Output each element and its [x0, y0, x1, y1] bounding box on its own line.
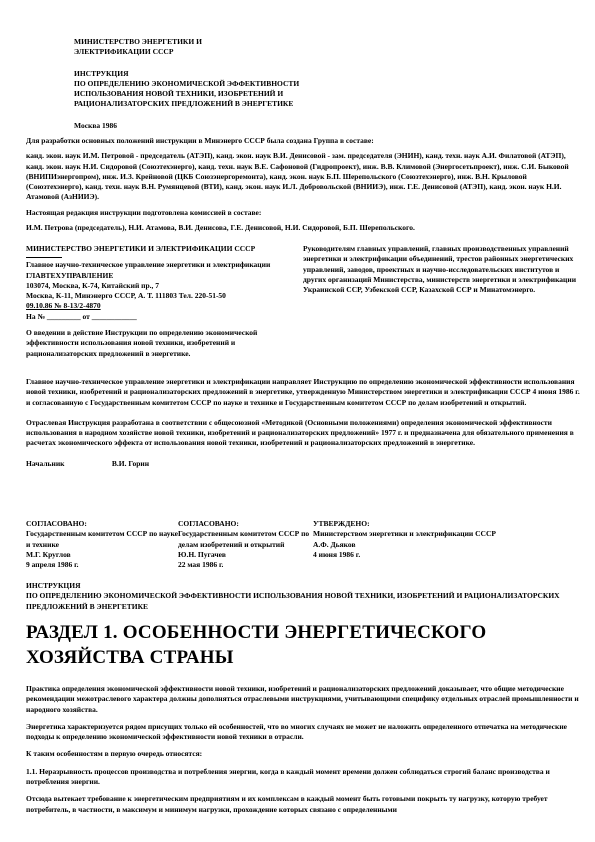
letter-subject: О введении в действие Инструкции по опре…	[26, 328, 286, 359]
commission-intro-paragraph: Настоящая редакция инструкции подготовле…	[26, 208, 583, 218]
doc-title-line-2: ПО ОПРЕДЕЛЕНИЮ ЭКОНОМИЧЕСКОЙ ЭФФЕКТИВНОС…	[74, 79, 434, 89]
approval-name: А.Ф. Дьяков	[313, 540, 557, 550]
doc-title-line-1: ИНСТРУКЦИЯ	[74, 69, 434, 79]
approval-col-goskomizobreteniy: СОГЛАСОВАНО: Государственным комитетом С…	[178, 519, 313, 570]
approval-body: Государственным комитетом СССР по науке …	[26, 529, 178, 550]
department-name: Главное научно-техническое управление эн…	[26, 260, 298, 270]
approval-col-gknt: СОГЛАСОВАНО: Государственным комитетом С…	[26, 519, 178, 570]
section-paragraph-1: Практика определения экономической эффек…	[26, 684, 583, 715]
reply-ref-line: На № _________ от ____________	[26, 312, 298, 322]
ministry-line-1: МИНИСТЕРСТВО ЭНЕРГЕТИКИ И	[74, 37, 434, 47]
letterhead-left: МИНИСТЕРСТВО ЭНЕРГЕТИКИ И ЭЛЕКТРИФИКАЦИИ…	[26, 244, 298, 359]
approval-name: М.Г. Круглов	[26, 550, 178, 560]
approvals-row: СОГЛАСОВАНО: Государственным комитетом С…	[26, 519, 583, 570]
instruction-heading: ИНСТРУКЦИЯ ПО ОПРЕДЕЛЕНИЮ ЭКОНОМИЧЕСКОЙ …	[26, 581, 583, 612]
approval-status: УТВЕРЖДЕНО:	[313, 519, 557, 529]
instruction-title: ПО ОПРЕДЕЛЕНИЮ ЭКОНОМИЧЕСКОЙ ЭФФЕКТИВНОС…	[26, 591, 583, 612]
commission-members-paragraph: И.М. Петрова (председатель), Н.И. Атамов…	[26, 223, 583, 233]
approval-status: СОГЛАСОВАНО:	[178, 519, 313, 529]
document-page: МИНИСТЕРСТВО ЭНЕРГЕТИКИ И ЭЛЕКТРИФИКАЦИИ…	[0, 0, 595, 842]
section-paragraph-5: Отсюда вытекает требование к энергетичес…	[26, 794, 583, 815]
approval-body: Министерством энергетики и электрификаци…	[313, 529, 557, 539]
approval-body: Государственным комитетом СССР по делам …	[178, 529, 313, 550]
approval-col-minenergo: УТВЕРЖДЕНО: Министерством энергетики и э…	[313, 519, 557, 570]
approval-status: СОГЛАСОВАНО:	[26, 519, 178, 529]
letterhead: МИНИСТЕРСТВО ЭНЕРГЕТИКИ И ЭЛЕКТРИФИКАЦИИ…	[26, 244, 583, 359]
city-year: Москва 1986	[74, 121, 434, 131]
divider-rule	[26, 257, 62, 258]
approval-name: Ю.Н. Пугачев	[178, 550, 313, 560]
approval-date: 4 июня 1986 г.	[313, 550, 557, 560]
section-paragraph-4: 1.1. Неразрывность процессов производств…	[26, 767, 583, 788]
letter-paragraph-2: Отраслевая Инструкция разработана в соот…	[26, 418, 583, 449]
section-1-heading: РАЗДЕЛ 1. ОСОБЕННОСТИ ЭНЕРГЕТИЧЕСКОГО ХО…	[26, 620, 583, 670]
signature-row: Начальник В.И. Горин	[26, 459, 583, 469]
section-paragraph-3: К таким особенностям в первую очередь от…	[26, 749, 583, 759]
approval-date: 22 мая 1986 г.	[178, 560, 313, 570]
letter-body: Главное научно-техническое управление эн…	[26, 377, 583, 469]
addressee-block: Руководителям главных управлений, главны…	[303, 244, 583, 295]
signature-name: В.И. Горин	[112, 459, 149, 468]
approval-date: 9 апреля 1986 г.	[26, 560, 178, 570]
instruction-label: ИНСТРУКЦИЯ	[26, 581, 583, 591]
outgoing-ref: 09.10.86 № 8-13/2-4870	[26, 301, 298, 311]
title-block: МИНИСТЕРСТВО ЭНЕРГЕТИКИ И ЭЛЕКТРИФИКАЦИИ…	[74, 37, 434, 131]
section-1-body: Практика определения экономической эффек…	[26, 684, 583, 822]
letterhead-right: Руководителям главных управлений, главны…	[303, 244, 583, 359]
address-line-1: 103074, Москва, К-74, Китайский пр., 7	[26, 281, 298, 291]
letter-paragraph-1: Главное научно-техническое управление эн…	[26, 377, 583, 408]
doc-title-line-3: ИСПОЛЬЗОВАНИЯ НОВОЙ ТЕХНИКИ, ИЗОБРЕТЕНИЙ…	[74, 89, 434, 99]
doc-title-line-4: РАЦИОНАЛИЗАТОРСКИХ ПРЕДЛОЖЕНИЙ В ЭНЕРГЕТ…	[74, 99, 434, 109]
address-line-2: Москва, К-11, Минэнерго СССР, А. Т. 1118…	[26, 291, 298, 301]
ministry-name: МИНИСТЕРСТВО ЭНЕРГЕТИКИ И ЭЛЕКТРИФИКАЦИИ…	[74, 37, 434, 58]
group-intro-paragraph: Для разработки основных положений инстру…	[26, 136, 583, 146]
signature-role: Начальник	[26, 459, 110, 469]
group-members-paragraph: канд. экон. наук И.М. Петровой - председ…	[26, 151, 583, 202]
letterhead-ministry: МИНИСТЕРСТВО ЭНЕРГЕТИКИ И ЭЛЕКТРИФИКАЦИИ…	[26, 244, 298, 254]
section-paragraph-2: Энергетика характеризуется рядом присущи…	[26, 722, 583, 743]
department-abbrev: ГЛАВТЕХУПРАВЛЕНИЕ	[26, 271, 298, 281]
doc-title: ИНСТРУКЦИЯ ПО ОПРЕДЕЛЕНИЮ ЭКОНОМИЧЕСКОЙ …	[74, 69, 434, 110]
preamble: Для разработки основных положений инстру…	[26, 136, 583, 238]
ministry-line-2: ЭЛЕКТРИФИКАЦИИ СССР	[74, 47, 434, 57]
